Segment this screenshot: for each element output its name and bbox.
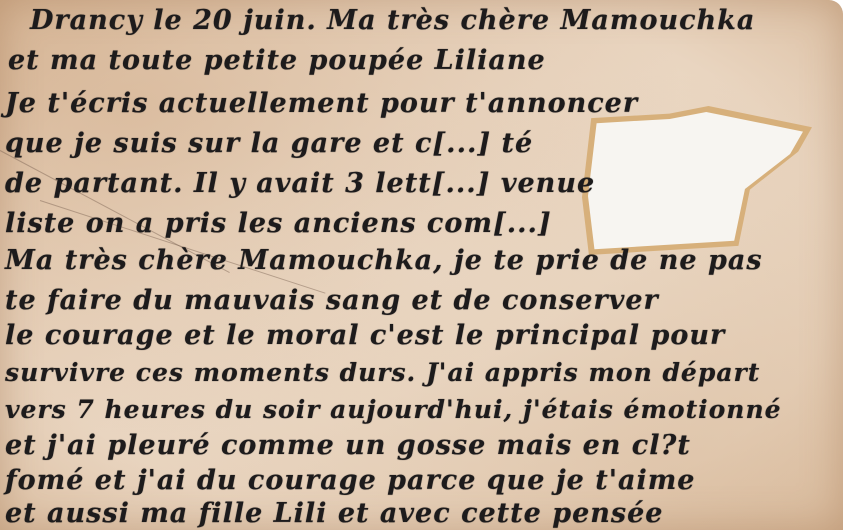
letter-line: te faire du mauvais sang et de conserver: [5, 285, 659, 316]
letter-line: Je t'écris actuellement pour t'annoncer: [5, 88, 638, 119]
letter-line: Drancy le 20 juin. Ma très chère Mamouch…: [30, 5, 755, 36]
handwritten-text: Drancy le 20 juin. Ma très chère Mamouch…: [0, 0, 843, 530]
letter-line: vers 7 heures du soir aujourd'hui, j'éta…: [5, 395, 782, 424]
letter-line: que je suis sur la gare et c[...] té: [5, 128, 533, 159]
letter-line: le courage et le moral c'est le principa…: [5, 320, 725, 351]
letter-line: et ma toute petite poupée Liliane: [8, 45, 546, 76]
letter-line: Ma très chère Mamouchka, je te prie de n…: [5, 245, 763, 276]
letter-line: liste on a pris les anciens com[...]: [5, 208, 552, 239]
letter-line: fomé et j'ai du courage parce que je t'a…: [5, 465, 695, 496]
letter-line: et j'ai pleuré comme un gosse mais en cl…: [5, 430, 691, 461]
letter-line: survivre ces moments durs. J'ai appris m…: [5, 358, 760, 387]
letter-line: de partant. Il y avait 3 lett[...] venue: [5, 168, 595, 199]
letter-line: et aussi ma fille Lili et avec cette pen…: [5, 498, 663, 529]
